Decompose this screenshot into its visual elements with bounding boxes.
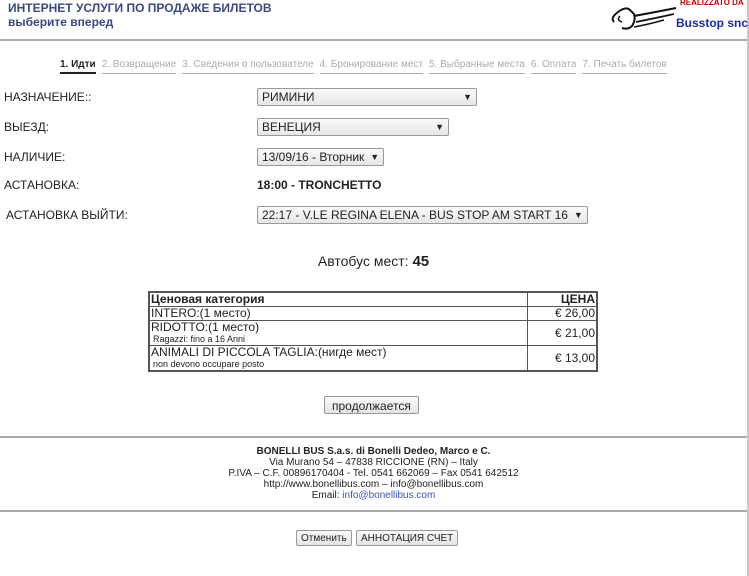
stop-value: 18:00 - TRONCHETTO	[257, 178, 381, 192]
table-row: INTERO:(1 место) € 26,00	[149, 307, 597, 321]
footer-email-link[interactable]: info@bonellibus.com	[342, 490, 435, 501]
departure-select[interactable]: ВЕНЕЦИЯ ▼	[257, 118, 449, 136]
category-note: non devono occupare posto	[153, 359, 526, 370]
category-cell: RIDOTTO:(1 место)Ragazzi: fino a 16 Anni	[149, 321, 528, 346]
step-1-go[interactable]: 1. Идти	[60, 59, 96, 74]
footer-address: Via Murano 54 – 47838 RICCIONE (RN) – It…	[0, 457, 747, 468]
price-table: Ценовая категория ЦЕНА INTERO:(1 место) …	[148, 291, 598, 372]
availability-value: 13/09/16 - Вторник	[262, 149, 364, 165]
footer: BONELLI BUS S.a.s. di Bonelli Dedeo, Mar…	[0, 446, 747, 501]
logo-caption: REALIZZATO DA	[680, 0, 744, 7]
table-row: ANIMALI DI PICCOLA TAGLIA:(нигде мест)no…	[149, 346, 597, 372]
availability-label: НАЛИЧИЕ:	[4, 150, 65, 164]
footer-divider	[0, 436, 747, 438]
annotate-invoice-button[interactable]: АННОТАЦИЯ СЧЕТ	[356, 530, 458, 546]
step-2-return[interactable]: 2. Возвращение	[102, 59, 177, 74]
step-3-user-info[interactable]: 3. Сведения о пользователе	[182, 59, 313, 74]
price-cell: € 13,00	[528, 346, 598, 372]
exit-stop-value: 22:17 - V.LE REGINA ELENA - BUS STOP AM …	[262, 207, 568, 223]
dropdown-arrow-icon: ▼	[370, 149, 379, 165]
bus-seats-value: 45	[412, 253, 429, 270]
category-note: Ragazzi: fino a 16 Anni	[153, 334, 526, 345]
page-title: ИНТЕРНЕТ УСЛУГИ ПО ПРОДАЖЕ БИЛЕТОВ	[8, 1, 271, 15]
stop-label: АСТАНОВКА:	[4, 178, 79, 192]
footer-company: BONELLI BUS S.a.s. di Bonelli Dedeo, Mar…	[0, 446, 747, 457]
departure-label: ВЫЕЗД:	[4, 120, 49, 134]
continue-button[interactable]: продолжается	[324, 396, 419, 414]
bus-seats-label: Автобус мест:	[318, 253, 409, 269]
step-7-print[interactable]: 7. Печать билетов	[582, 59, 666, 74]
table-row: RIDOTTO:(1 место)Ragazzi: fino a 16 Anni…	[149, 321, 597, 346]
wizard-steps: 1. Идти 2. Возвращение 3. Сведения о пол…	[60, 59, 673, 74]
price-header: ЦЕНА	[528, 292, 598, 307]
step-6-payment[interactable]: 6. Оплата	[531, 59, 577, 74]
table-header-row: Ценовая категория ЦЕНА	[149, 292, 597, 307]
logo-name: Busstop snc	[676, 16, 748, 30]
bus-seats: Автобус мест: 45	[0, 253, 747, 270]
page-subtitle: выберите вперед	[8, 15, 113, 29]
footer-web: http://www.bonellibus.com – info@bonelli…	[0, 479, 747, 490]
dropdown-arrow-icon: ▼	[574, 207, 583, 223]
availability-select[interactable]: 13/09/16 - Вторник ▼	[257, 148, 384, 166]
price-cell: € 26,00	[528, 307, 598, 321]
category-header: Ценовая категория	[149, 292, 528, 307]
destination-select[interactable]: РИМИНИ ▼	[257, 88, 477, 106]
step-5-selected-seats[interactable]: 5. Выбранные места	[429, 59, 525, 74]
header-divider	[0, 39, 747, 41]
bottom-divider	[0, 510, 747, 512]
destination-label: НАЗНАЧЕНИЕ::	[4, 90, 91, 104]
category-cell: INTERO:(1 место)	[149, 307, 528, 321]
dropdown-arrow-icon: ▼	[435, 119, 444, 135]
step-4-booking[interactable]: 4. Бронирование мест	[320, 59, 423, 74]
exit-stop-select[interactable]: 22:17 - V.LE REGINA ELENA - BUS STOP AM …	[257, 206, 588, 224]
dropdown-arrow-icon: ▼	[463, 89, 472, 105]
exit-stop-label: АСТАНОВКА ВЫЙТИ:	[6, 208, 128, 222]
destination-value: РИМИНИ	[262, 89, 315, 105]
price-cell: € 21,00	[528, 321, 598, 346]
footer-vat: P.IVA – C.F. 00896170404 - Tel. 0541 662…	[0, 468, 747, 479]
cancel-button[interactable]: Отменить	[296, 530, 352, 546]
category-cell: ANIMALI DI PICCOLA TAGLIA:(нигде мест)no…	[149, 346, 528, 372]
footer-email-line: Email: info@bonellibus.com	[0, 490, 747, 501]
departure-value: ВЕНЕЦИЯ	[262, 119, 321, 135]
